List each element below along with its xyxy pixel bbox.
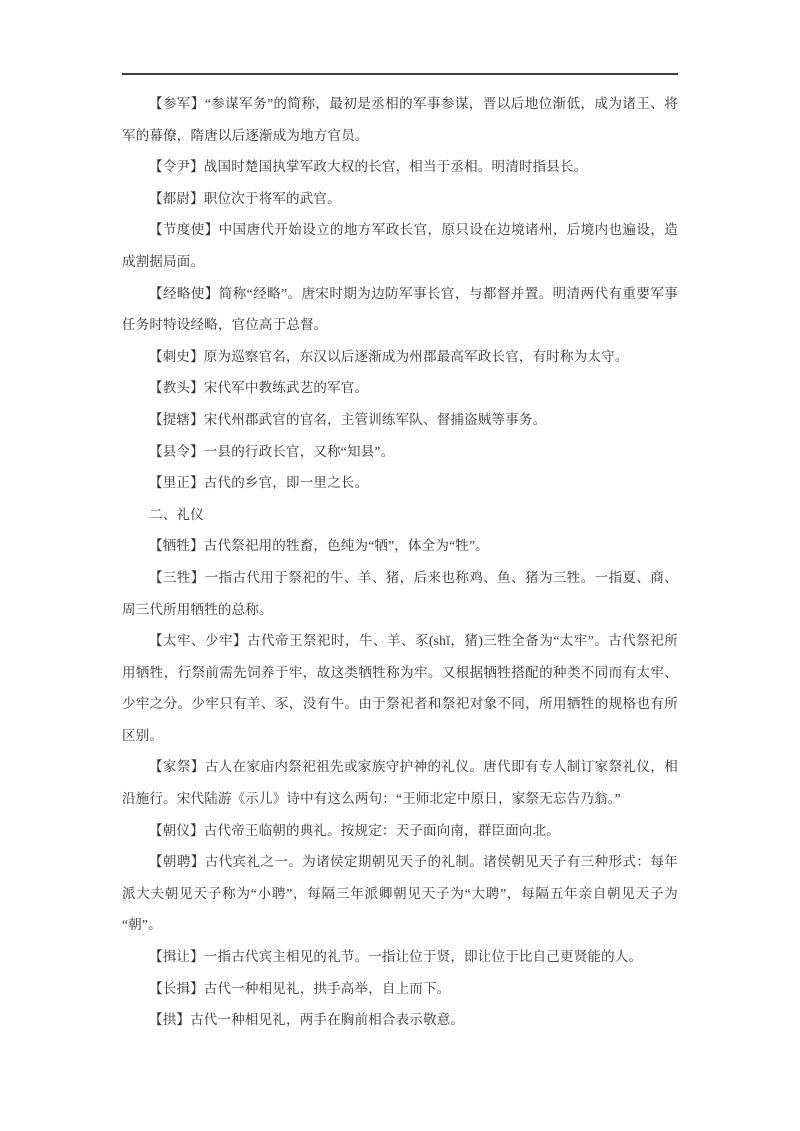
entry-jiedushi: 【节度使】中国唐代开始设立的地方军政长官，原只设在边境诸州，后境内也遍设，造成割…: [122, 214, 678, 277]
entry-chaopin: 【朝聘】古代宾礼之一。为诸侯定期朝见天子的礼制。诸侯朝见天子有三种形式：每年派大…: [122, 846, 678, 941]
entry-lizheng: 【里正】古代的乡官，即一里之长。: [122, 467, 678, 499]
entry-jiaotou: 【教头】宋代军中教练武艺的军官。: [122, 372, 678, 404]
entry-gong: 【拱】古代一种相见礼，两手在胸前相合表示敬意。: [122, 1004, 678, 1036]
document-body: 【参军】“参谋军务”的简称，最初是丞相的军事参谋，晋以后地位渐低，成为诸王、将军…: [122, 88, 678, 1036]
entry-duwei: 【都尉】职位次于将军的武官。: [122, 183, 678, 215]
section-heading-liyi: 二、礼仪: [122, 499, 678, 531]
entry-tailao-shaolao: 【太牢、少牢】古代帝王祭祀时，牛、羊、豕(shǐ，猪)三牲全备为“太牢”。古代祭…: [122, 625, 678, 751]
entry-tixia: 【提辖】宋代州郡武官的官名，主管训练军队、督捕盗贼等事务。: [122, 404, 678, 436]
entry-canjun: 【参军】“参谋军务”的简称，最初是丞相的军事参谋，晋以后地位渐低，成为诸王、将军…: [122, 88, 678, 151]
entry-cishi: 【刺史】原为巡察官名，东汉以后逐渐成为州郡最高军政长官，有时称为太守。: [122, 341, 678, 373]
entry-jiaji: 【家祭】古人在家庙内祭祀祖先或家族守护神的礼仪。唐代即有专人制订家祭礼仪，相沿施…: [122, 751, 678, 814]
entry-changyi: 【长揖】古代一种相见礼，拱手高举，自上而下。: [122, 973, 678, 1005]
entry-xisheng: 【牺牲】古代祭祀用的牲畜，色纯为“牺”，体全为“牲”。: [122, 530, 678, 562]
entry-xianling: 【县令】一县的行政长官，又称“知县”。: [122, 436, 678, 468]
entry-lingyin: 【令尹】战国时楚国执掌军政大权的长官，相当于丞相。明清时指县长。: [122, 151, 678, 183]
entry-jinglueshi: 【经略使】简称“经略”。唐宋时期为边防军事长官，与都督并置。明清两代有重要军事任…: [122, 278, 678, 341]
entry-sansheng: 【三牲】一指古代用于祭祀的牛、羊、猪，后来也称鸡、鱼、猪为三牲。一指夏、商、周三…: [122, 562, 678, 625]
document-page: 【参军】“参谋军务”的简称，最初是丞相的军事参谋，晋以后地位渐低，成为诸王、将军…: [0, 0, 800, 1131]
entry-yirang: 【揖让】一指古代宾主相见的礼节。一指让位于贤，即让位于比自己更贤能的人。: [122, 941, 678, 973]
entry-chaoyi: 【朝仪】古代帝王临朝的典礼。按规定：天子面向南，群臣面向北。: [122, 815, 678, 847]
header-divider-line: [122, 73, 678, 75]
